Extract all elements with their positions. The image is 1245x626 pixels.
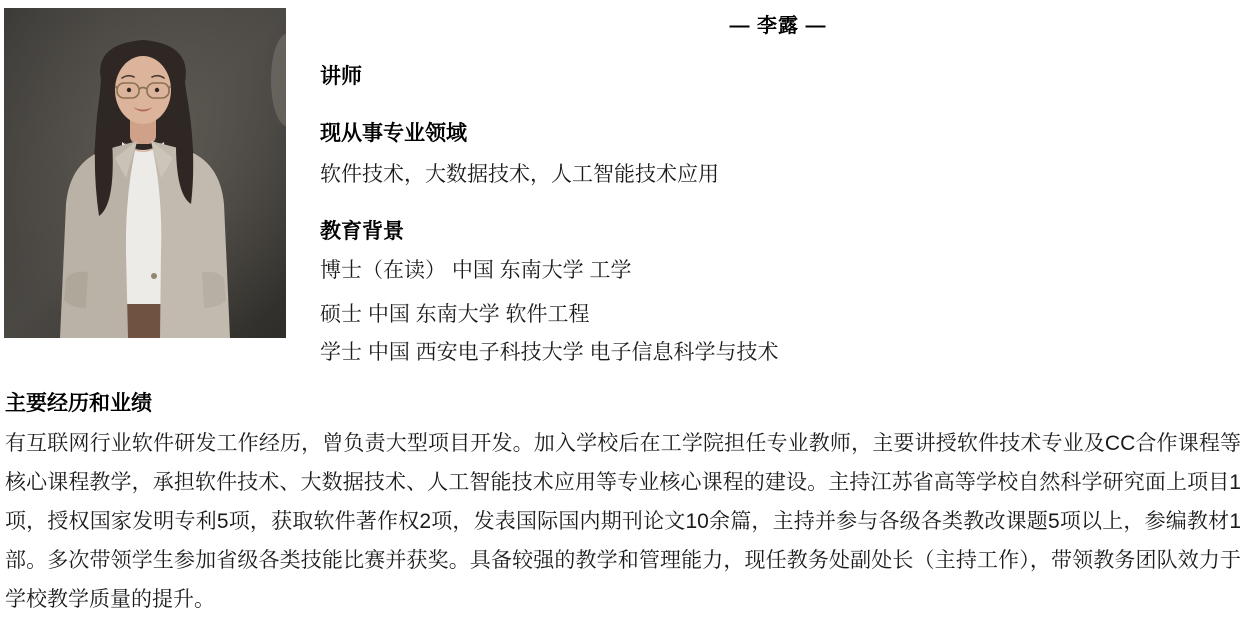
education-heading: 教育背景 — [320, 215, 404, 245]
education-item-bachelor: 学士 中国 西安电子科技大学 电子信息科学与技术 — [320, 336, 779, 366]
experience-heading: 主要经历和业绩 — [5, 387, 152, 417]
profile-photo — [4, 8, 286, 338]
portrait-body — [60, 141, 230, 338]
education-item-master: 硕士 中国 东南大学 软件工程 — [320, 298, 590, 328]
job-title: 讲师 — [320, 60, 362, 90]
profile-page: — 李露 — 讲师 现从事专业领域 软件技术，大数据技术，人工智能技术应用 教育… — [0, 0, 1245, 626]
person-name: — 李露 — — [320, 9, 1236, 38]
field-text: 软件技术，大数据技术，人工智能技术应用 — [320, 158, 719, 188]
education-item-doctorate: 博士（在读） 中国 东南大学 工学 — [320, 254, 632, 284]
field-heading: 现从事专业领域 — [320, 117, 467, 147]
portrait-illustration — [4, 8, 286, 338]
experience-paragraph: 有互联网行业软件研发工作经历，曾负责大型项目开发。加入学校后在工学院担任专业教师… — [5, 424, 1241, 619]
